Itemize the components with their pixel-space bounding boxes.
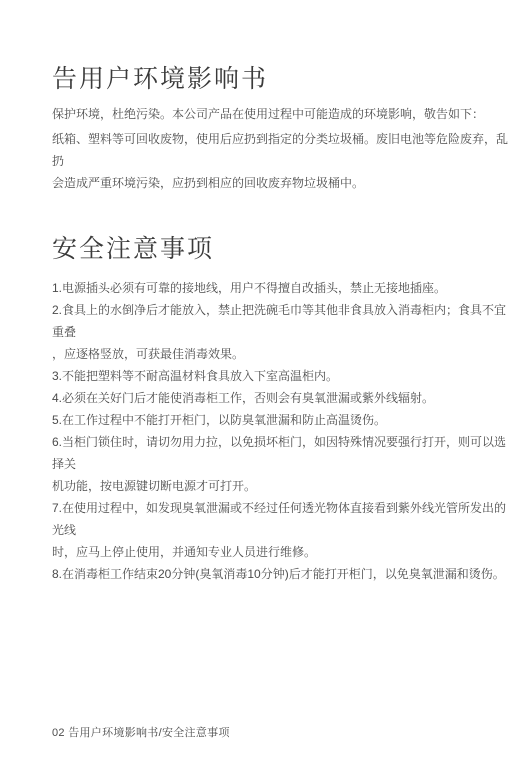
safety-instructions-list: 1.电源插头必须有可靠的接地线，用户不得擅自改插头，禁止无接地插座。 2.食具上…	[52, 277, 514, 585]
safety-item-2: 2.食具上的水倒净后才能放入，禁止把洗碗毛巾等其他非食具放入消毒柜内；食具不宜重…	[52, 299, 514, 365]
safety-item-3: 3.不能把塑料等不耐高温材料食具放入下室高温柜内。	[52, 365, 514, 387]
page-content: 告用户环境影响书 保护环境，杜绝污染。本公司产品在使用过程中可能造成的环境影响，…	[52, 0, 514, 585]
page-footer: 02 告用户环境影响书/安全注意事项	[52, 726, 230, 740]
manual-page: 告用户环境影响书 保护环境，杜绝污染。本公司产品在使用过程中可能造成的环境影响，…	[0, 0, 522, 777]
environment-section-title: 告用户环境影响书	[52, 64, 514, 94]
safety-item-6: 6.当柜门锁住时，请切勿用力拉，以免损坏柜门，如因特殊情况要强行打开，则可以选择…	[52, 431, 514, 497]
environment-paragraph: 保护环境，杜绝污染。本公司产品在使用过程中可能造成的环境影响，敬告如下：	[52, 103, 514, 125]
safety-section-title: 安全注意事项	[52, 234, 514, 264]
safety-item-4: 4.必须在关好门后才能使消毒柜工作，否则会有臭氧泄漏或紫外线辐射。	[52, 387, 514, 409]
safety-item-1: 1.电源插头必须有可靠的接地线，用户不得擅自改插头，禁止无接地插座。	[52, 277, 514, 299]
safety-item-8: 8.在消毒柜工作结束20分钟(臭氧消毒10分钟)后才能打开柜门，以免臭氧泄漏和烫…	[52, 563, 514, 585]
environment-paragraph: 纸箱、塑料等可回收废物，使用后应扔到指定的分类垃圾桶。废旧电池等危险废弃，乱扔 …	[52, 128, 514, 194]
safety-item-5: 5.在工作过程中不能打开柜门，以防臭氧泄漏和防止高温烫伤。	[52, 409, 514, 431]
safety-item-7: 7.在使用过程中，如发现臭氧泄漏或不经过任何透光物体直接看到紫外线光管所发出的光…	[52, 497, 514, 563]
